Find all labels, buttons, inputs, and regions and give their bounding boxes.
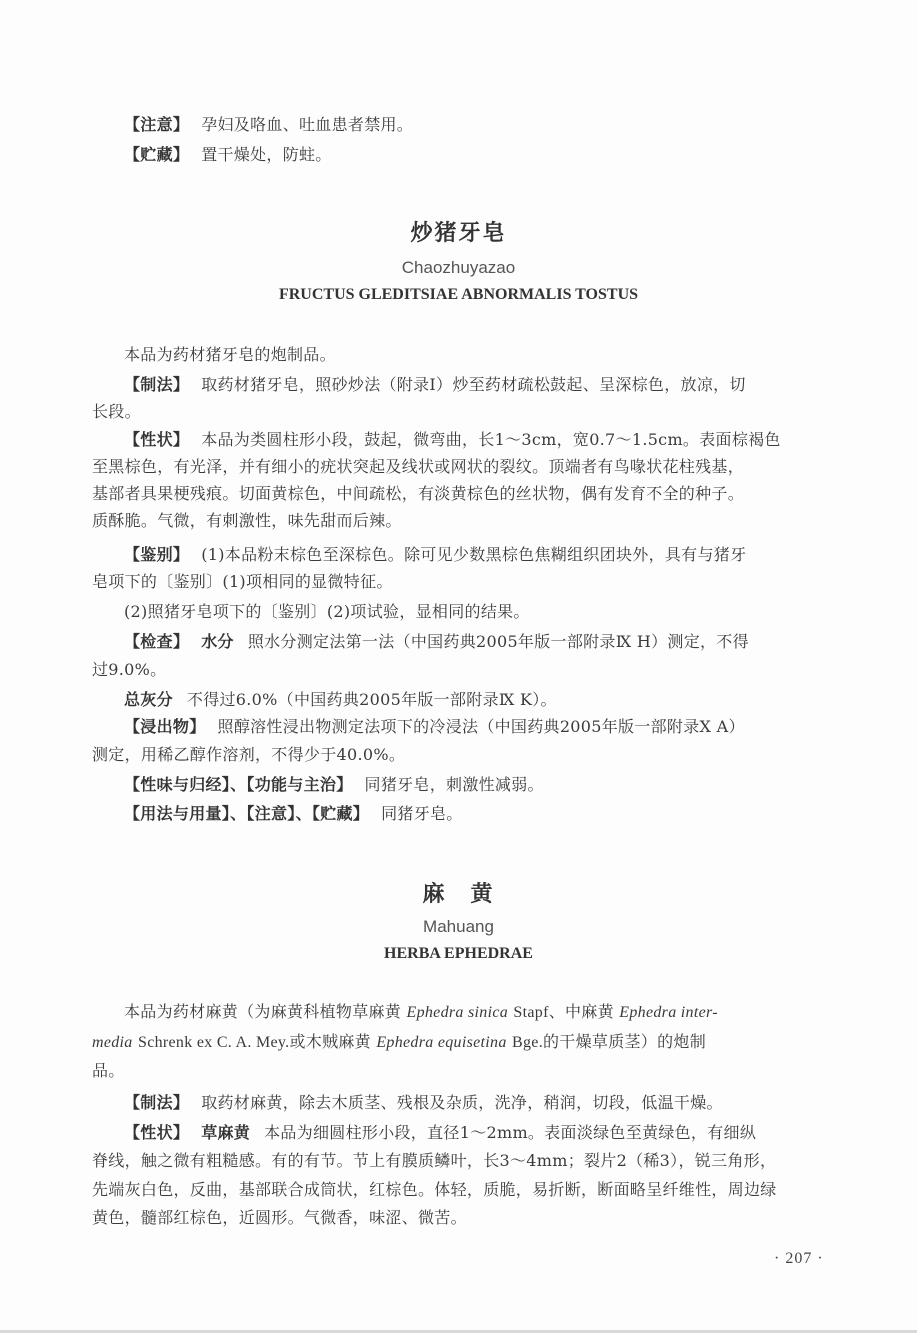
storage-label: 【贮藏】 bbox=[124, 145, 189, 164]
method-label: 【制法】 bbox=[124, 375, 189, 394]
description-label: 【性状】 bbox=[124, 1123, 189, 1142]
usage-storage-text: 同猪牙皂。 bbox=[381, 804, 463, 823]
description-label: 【性状】 bbox=[124, 430, 189, 449]
intro-text: Schrenk ex C. A. Mey.或木贼麻黄 bbox=[138, 1034, 371, 1051]
extract-text: 照醇溶性浸出物测定法项下的冷浸法（中国药典2005年版一部附录Ⅹ A） bbox=[218, 717, 745, 736]
intro-text: Stapf、中麻黄 bbox=[513, 1004, 613, 1021]
entry2-description-line1: 【性状】草麻黄本品为细圆柱形小段，直径1～2mm。表面淡绿色至黄绿色，有细纵 bbox=[124, 1123, 862, 1143]
prev-storage-line: 【贮藏】置干燥处，防蛀。 bbox=[124, 145, 862, 165]
entry1-method-line2: 长段。 bbox=[92, 402, 862, 422]
entry1-extract-line1: 【浸出物】照醇溶性浸出物测定法项下的冷浸法（中国药典2005年版一部附录Ⅹ A） bbox=[124, 717, 862, 737]
entry1-ash-line: 总灰分不得过6.0%（中国药典2005年版一部附录Ⅸ K）。 bbox=[124, 690, 862, 710]
usage-storage-label: 【用法与用量】、【注意】、【贮藏】 bbox=[124, 804, 369, 823]
storage-text: 置干燥处，防蛀。 bbox=[201, 145, 331, 164]
document-page: 【注意】孕妇及咯血、吐血患者禁用。 【贮藏】置干燥处，防蛀。 炒猪牙皂 Chao… bbox=[0, 0, 917, 1333]
entry2-description-line4: 黄色，髓部红棕色，近圆形。气微香，味涩、微苦。 bbox=[92, 1208, 862, 1228]
entry1-nature-function-line: 【性味与归经】、【功能与主治】同猪牙皂，刺激性减弱。 bbox=[124, 775, 862, 795]
species-name: Ephedra sinica bbox=[407, 1004, 509, 1021]
entry2-title-cn: 麻 黄 bbox=[0, 877, 917, 908]
method-text: 取药材麻黄，除去木质茎、残根及杂质，洗净，稍润，切段，低温干燥。 bbox=[201, 1093, 723, 1112]
entry1-usage-storage-line: 【用法与用量】、【注意】、【贮藏】同猪牙皂。 bbox=[124, 804, 862, 824]
entry1-inspection-line1: 【检查】水分照水分测定法第一法（中国药典2005年版一部附录Ⅸ H）测定，不得 bbox=[124, 632, 862, 652]
method-label: 【制法】 bbox=[124, 1093, 189, 1112]
entry1-identification-line1: 【鉴别】(1)本品粉末棕色至深棕色。除可见少数黑棕色焦糊组织团块外，具有与猪牙 bbox=[124, 545, 862, 565]
entry2-title-latin: HERBA EPHEDRAE bbox=[0, 945, 917, 963]
ash-label: 总灰分 bbox=[124, 690, 173, 709]
entry2-title-pinyin: Mahuang bbox=[0, 917, 917, 937]
entry1-description-line3: 基部者具果梗残痕。切面黄棕色，中间疏松，有淡黄棕色的丝状物，偶有发育不全的种子。 bbox=[92, 484, 862, 504]
entry1-description-line1: 【性状】本品为类圆柱形小段，鼓起，微弯曲，长1～3cm，宽0.7～1.5cm。表… bbox=[124, 430, 862, 450]
entry2-description-line3: 先端灰白色，反曲，基部联合成筒状，红棕色。体轻，质脆，易折断，断面略呈纤维性，周… bbox=[92, 1180, 862, 1200]
entry2-intro-line2: media Schrenk ex C. A. Mey.或木贼麻黄 Ephedra… bbox=[92, 1032, 862, 1053]
entry1-intro: 本品为药材猪牙皂的炮制品。 bbox=[124, 345, 862, 365]
entry1-identification-line3: (2)照猪牙皂项下的〔鉴别〕(2)项试验，显相同的结果。 bbox=[124, 602, 862, 622]
nature-function-label: 【性味与归经】、【功能与主治】 bbox=[124, 775, 353, 794]
water-text: 照水分测定法第一法（中国药典2005年版一部附录Ⅸ H）测定，不得 bbox=[248, 632, 749, 651]
caution-label: 【注意】 bbox=[124, 115, 189, 134]
entry1-title-pinyin: Chaozhuyazao bbox=[0, 258, 917, 278]
intro-text: 本品为药材麻黄（为麻黄科植物草麻黄 bbox=[124, 1002, 401, 1021]
entry2-method-line: 【制法】取药材麻黄，除去木质茎、残根及杂质，洗净，稍润，切段，低温干燥。 bbox=[124, 1093, 862, 1113]
entry1-inspection-line2: 过9.0%。 bbox=[92, 660, 862, 680]
extract-label: 【浸出物】 bbox=[124, 717, 206, 736]
entry1-method-line1: 【制法】取药材猪牙皂，照砂炒法（附录Ⅰ）炒至药材疏松鼓起、呈深棕色，放凉，切 bbox=[124, 375, 862, 395]
water-label: 水分 bbox=[201, 632, 234, 651]
entry1-title-latin: FRUCTUS GLEDITSIAE ABNORMALIS TOSTUS bbox=[0, 286, 917, 304]
identification-text: (1)本品粉末棕色至深棕色。除可见少数黑棕色焦糊组织团块外，具有与猪牙 bbox=[201, 545, 746, 564]
page-number: · 207 · bbox=[774, 1250, 824, 1268]
entry1-extract-line2: 测定，用稀乙醇作溶剂，不得少于40.0%。 bbox=[92, 745, 862, 765]
description-text: 本品为细圆柱形小段，直径1～2mm。表面淡绿色至黄绿色，有细纵 bbox=[264, 1123, 756, 1142]
inspection-label: 【检查】 bbox=[124, 632, 189, 651]
herb-sublabel: 草麻黄 bbox=[201, 1123, 250, 1142]
entry2-description-line2: 脊线，触之微有粗糙感。有的有节。节上有膜质鳞叶，长3～4mm；裂片2（稀3），锐… bbox=[92, 1151, 862, 1171]
species-name: media bbox=[92, 1034, 133, 1051]
entry1-title-cn: 炒猪牙皂 bbox=[0, 216, 917, 247]
entry1-description-line4: 质酥脆。气微，有刺激性，味先甜而后辣。 bbox=[92, 511, 862, 531]
intro-text: Bge.的干燥草质茎）的炮制 bbox=[512, 1034, 706, 1051]
entry1-identification-line2: 皂项下的〔鉴别〕(1)项相同的显微特征。 bbox=[92, 572, 862, 592]
identification-label: 【鉴别】 bbox=[124, 545, 189, 564]
prev-caution-line: 【注意】孕妇及咯血、吐血患者禁用。 bbox=[124, 115, 862, 135]
description-text: 本品为类圆柱形小段，鼓起，微弯曲，长1～3cm，宽0.7～1.5cm。表面棕褐色 bbox=[201, 430, 781, 449]
method-text: 取药材猪牙皂，照砂炒法（附录Ⅰ）炒至药材疏松鼓起、呈深棕色，放凉，切 bbox=[201, 375, 746, 394]
caution-text: 孕妇及咯血、吐血患者禁用。 bbox=[201, 115, 413, 134]
entry2-intro-line3: 品。 bbox=[92, 1061, 862, 1081]
entry1-description-line2: 至黑棕色，有光泽，并有细小的疣状突起及线状或网状的裂纹。顶端者有鸟喙状花柱残基， bbox=[92, 457, 862, 477]
species-name: Ephedra inter- bbox=[619, 1004, 718, 1021]
entry2-intro-line1: 本品为药材麻黄（为麻黄科植物草麻黄 Ephedra sinica Stapf、中… bbox=[124, 1002, 862, 1023]
species-name: Ephedra equisetina bbox=[376, 1034, 506, 1051]
ash-text: 不得过6.0%（中国药典2005年版一部附录Ⅸ K）。 bbox=[187, 690, 557, 709]
nature-function-text: 同猪牙皂，刺激性减弱。 bbox=[365, 775, 544, 794]
